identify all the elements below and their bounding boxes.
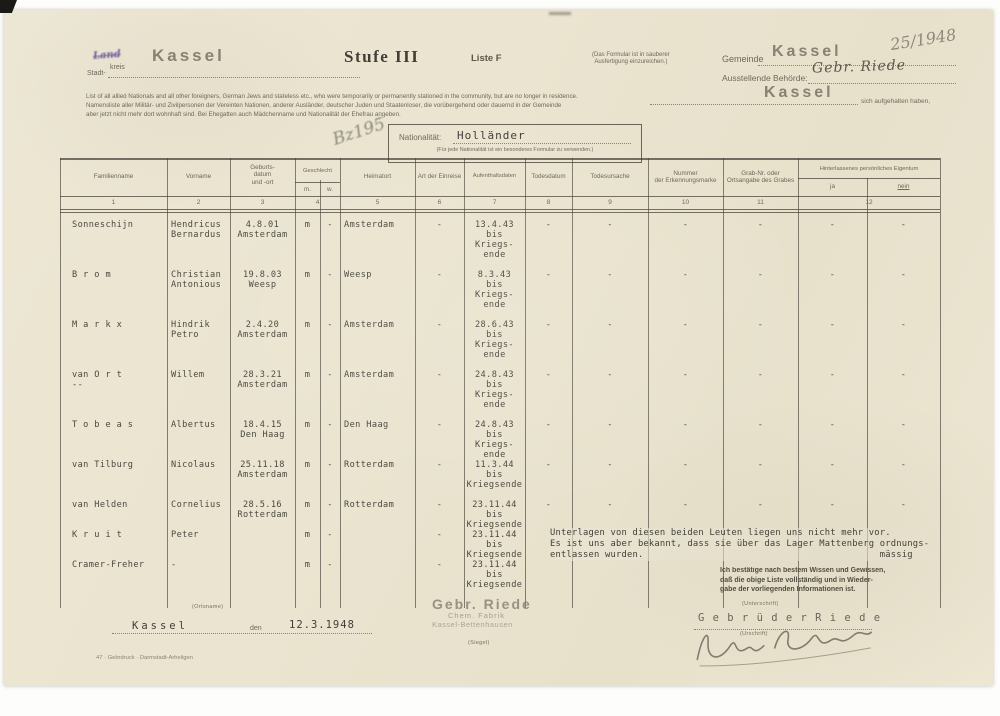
- cell-geschlecht-m: m: [295, 220, 320, 230]
- cell-vorname: Christian Antonious: [171, 270, 230, 290]
- cell-geschlecht-m: m: [295, 370, 320, 380]
- cell-geburt: 2.4.20 Amsterdam: [230, 320, 295, 340]
- cell-einreise: -: [415, 500, 464, 510]
- cell-geburt: 25.11.18 Amsterdam: [230, 460, 295, 480]
- cell-grab: -: [723, 420, 798, 430]
- col-number: 10: [648, 199, 723, 206]
- table-double-rule-2: [60, 212, 940, 213]
- cell-nummer: -: [648, 500, 723, 510]
- aufgehalten-label: sich aufgehalten haben,: [861, 98, 930, 105]
- cell-familienname: B r o m: [72, 270, 167, 280]
- cell-vorname: Albertus: [171, 420, 230, 430]
- cell-geschlecht-w: -: [320, 370, 340, 380]
- cell-heimatort: Weesp: [344, 270, 415, 280]
- col-number: 9: [572, 199, 648, 206]
- table-vline: [320, 180, 321, 608]
- form-title: Stufe III: [344, 47, 419, 67]
- gemeinde-kassel-stamp2: Kassel: [764, 84, 834, 102]
- cell-heimatort: Amsterdam: [344, 220, 415, 230]
- cell-todesdatum: -: [525, 370, 572, 380]
- cell-todesdatum: -: [525, 270, 572, 280]
- col-header-vorname: Vorname: [167, 173, 230, 180]
- cell-geschlecht-m: m: [295, 270, 320, 280]
- cell-einreise: -: [415, 270, 464, 280]
- col-number: 8: [525, 199, 572, 206]
- kreis-kassel-stamp: Kassel: [152, 46, 225, 66]
- eigentum-sub-rule: [798, 178, 940, 179]
- cell-geschlecht-w: -: [320, 460, 340, 470]
- cell-vorname: Peter: [171, 530, 230, 540]
- col-header-heimatort: Heimatort: [340, 173, 415, 180]
- cell-todesursache: -: [572, 320, 648, 330]
- cell-eigentum-ja: -: [798, 220, 867, 230]
- col-header-nummer: Nummer der Erkennungsmarke: [648, 170, 723, 185]
- col-number: 11: [723, 199, 798, 206]
- col-header-familienname: Familienname: [60, 173, 167, 180]
- cell-aufenthalt: 23.11.44 bis Kriegsende: [464, 560, 525, 590]
- cell-eigentum-nein: -: [867, 420, 940, 430]
- cell-geschlecht-m: m: [295, 460, 320, 470]
- behoerde-label: Ausstellende Behörde:: [722, 73, 808, 83]
- date-dotted-line: [112, 632, 372, 634]
- cell-geschlecht-m: m: [295, 560, 320, 570]
- date-value: 12.3.1948: [289, 619, 355, 631]
- cell-familienname: K r u i t: [72, 530, 167, 540]
- cell-eigentum-nein: -: [867, 220, 940, 230]
- col-header-geschlecht: Geschlecht: [295, 168, 340, 175]
- ort-value: Kassel: [132, 620, 188, 632]
- col-number: 2: [167, 199, 230, 206]
- stadt-prefix-label: Stadt-: [87, 70, 106, 77]
- cell-nummer: -: [648, 460, 723, 470]
- company-stamp-line1: Gebr. Riede: [432, 596, 532, 612]
- cell-einreise: -: [415, 320, 464, 330]
- col-header-m: m.: [295, 186, 320, 193]
- cell-einreise: -: [415, 220, 464, 230]
- cell-eigentum-nein: -: [867, 460, 940, 470]
- cell-eigentum-ja: -: [798, 320, 867, 330]
- geschlecht-sub-rule: [295, 182, 340, 183]
- gemeinde-label: Gemeinde: [722, 54, 764, 64]
- cell-todesdatum: -: [525, 460, 572, 470]
- ortsname-label: (Ortsname): [192, 604, 223, 610]
- cell-geschlecht-m: m: [295, 320, 320, 330]
- cell-todesursache: -: [572, 370, 648, 380]
- cell-eigentum-nein: -: [867, 270, 940, 280]
- cell-vorname: -: [171, 560, 230, 570]
- col-number: 3: [230, 199, 295, 206]
- table-vline: [167, 158, 168, 608]
- cell-familienname: Cramer-Freher: [72, 560, 167, 570]
- col-header-einreise: Art der Einreise: [415, 173, 464, 180]
- intro-english: List of all allied Nationals and all oth…: [86, 93, 646, 100]
- cell-heimatort: Rotterdam: [344, 460, 415, 470]
- cell-grab: -: [723, 500, 798, 510]
- col-header-nein: nein: [867, 183, 940, 190]
- siegel-label: (Siegel): [468, 640, 490, 646]
- cell-heimatort: Amsterdam: [344, 320, 415, 330]
- cell-aufenthalt: 28.6.43 bis Kriegs- ende: [464, 320, 525, 360]
- cell-geburt: 4.8.01 Amsterdam: [230, 220, 295, 240]
- col-number: 1: [60, 199, 167, 206]
- table-top-rule: [60, 158, 940, 160]
- cell-einreise: -: [415, 560, 464, 570]
- cell-aufenthalt: 23.11.44 bis Kriegsende: [464, 500, 525, 530]
- cell-eigentum-ja: -: [798, 460, 867, 470]
- cell-todesursache: -: [572, 420, 648, 430]
- cell-nummer: -: [648, 420, 723, 430]
- cell-vorname: Hendricus Bernardus: [171, 220, 230, 240]
- cell-grab: -: [723, 370, 798, 380]
- cell-todesursache: -: [572, 460, 648, 470]
- cell-familienname: Sonneschijn: [72, 220, 167, 230]
- liste-label: Liste F: [471, 53, 502, 64]
- cell-geburt: 19.8.03 Weesp: [230, 270, 295, 290]
- cell-aufenthalt: 23.11.44 bis Kriegsende: [464, 530, 525, 560]
- cell-einreise: -: [415, 530, 464, 540]
- col-number: 6: [415, 199, 464, 206]
- cell-grab: -: [723, 320, 798, 330]
- cell-geschlecht-m: m: [295, 500, 320, 510]
- nationality-dotted-line: [453, 142, 631, 144]
- cell-todesdatum: -: [525, 320, 572, 330]
- cell-heimatort: Amsterdam: [344, 370, 415, 380]
- land-scribble: Land: [93, 49, 121, 62]
- cell-geburt: 28.5.16 Rotterdam: [230, 500, 295, 520]
- cell-eigentum-ja: -: [798, 270, 867, 280]
- col-number: 5: [340, 199, 415, 206]
- cell-geburt: 28.3.21 Amsterdam: [230, 370, 295, 390]
- cell-einreise: -: [415, 370, 464, 380]
- col-header-w: w.: [320, 186, 340, 193]
- cell-eigentum-nein: -: [867, 500, 940, 510]
- cell-geschlecht-w: -: [320, 320, 340, 330]
- intro-german-2: aber jetzt nicht mehr dort wohnhaft sind…: [86, 111, 646, 118]
- col-number: 7: [464, 199, 525, 206]
- col-header-todesursache: Todesursache: [572, 173, 648, 180]
- cell-familienname: van Helden: [72, 500, 167, 510]
- cell-nummer: -: [648, 220, 723, 230]
- cell-eigentum-ja: -: [798, 370, 867, 380]
- cell-einreise: -: [415, 420, 464, 430]
- company-stamp-line2: Chem. Fabrik: [448, 611, 505, 620]
- col-number: 4: [295, 199, 340, 206]
- cell-geschlecht-w: -: [320, 220, 340, 230]
- gemeinde-kassel-stamp: Kassel: [772, 43, 842, 61]
- cell-grab: -: [723, 270, 798, 280]
- cell-familienname: van Tilburg: [72, 460, 167, 470]
- form-note: (Das Formular ist in sauberer Ausfertigu…: [592, 52, 670, 66]
- cell-vorname: Nicolaus: [171, 460, 230, 470]
- cell-grab: -: [723, 460, 798, 470]
- cell-todesursache: -: [572, 500, 648, 510]
- cell-aufenthalt: 11.3.44 bis Kriegsende: [464, 460, 525, 490]
- intro-german-1: Namensliste aller Militär- und Zivilpers…: [86, 102, 646, 109]
- cell-heimatort: Den Haag: [344, 420, 415, 430]
- den-label: den: [250, 625, 262, 632]
- col-header-grab: Grab-Nr. oder Ortsangabe des Grabes: [723, 170, 798, 185]
- nationality-value: Holländer: [457, 129, 526, 142]
- nationality-label: Nationalität:: [399, 133, 441, 142]
- cell-todesursache: -: [572, 220, 648, 230]
- unterschrift-label: (Unterschrift): [742, 601, 779, 607]
- col-header-eigentum: Hinterlassenes persönliches Eigentum: [798, 166, 940, 173]
- cell-todesdatum: -: [525, 220, 572, 230]
- cell-aufenthalt: 8.3.43 bis Kriegs- ende: [464, 270, 525, 310]
- scanned-document: Land Stadt- kreis Kassel Stufe III Liste…: [0, 0, 1000, 716]
- behoerde-handwritten: Gebr. Riede: [812, 57, 907, 76]
- cell-vorname: Hindrik Petro: [171, 320, 230, 340]
- cell-grab: -: [723, 220, 798, 230]
- certify-text: Ich bestätige nach bestem Wissen und Gew…: [720, 566, 920, 595]
- table-double-rule-1: [60, 209, 940, 210]
- cell-eigentum-nein: -: [867, 320, 940, 330]
- cell-heimatort: Rotterdam: [344, 500, 415, 510]
- col-header-ja: ja: [798, 183, 867, 190]
- cell-eigentum-nein: -: [867, 370, 940, 380]
- cell-geschlecht-w: -: [320, 560, 340, 570]
- cell-familienname: M a r k x: [72, 320, 167, 330]
- remark-annotation: Unterlagen von diesen beiden Leuten lieg…: [550, 528, 929, 561]
- cell-nummer: -: [648, 270, 723, 280]
- cell-aufenthalt: 24.8.43 bis Kriegs- ende: [464, 370, 525, 410]
- kreis-dotted-line: [108, 76, 360, 78]
- cell-todesursache: -: [572, 270, 648, 280]
- cell-familienname: van O r t --: [72, 370, 167, 390]
- cell-vorname: Cornelius: [171, 500, 230, 510]
- cell-geschlecht-w: -: [320, 500, 340, 510]
- col-number: 12: [798, 199, 940, 206]
- cell-nummer: -: [648, 320, 723, 330]
- printer-note: 47 · Gebrdruck · Darmstadt-Arheilgen: [96, 655, 193, 661]
- cell-geburt: 18.4.15 Den Haag: [230, 420, 295, 440]
- col-header-aufenthalt: Aufenthaltsdaten: [464, 173, 525, 180]
- cell-aufenthalt: 13.4.43 bis Kriegs- ende: [464, 220, 525, 260]
- cell-todesdatum: -: [525, 420, 572, 430]
- cell-familienname: T o b e a s: [72, 420, 167, 430]
- col-header-geburt: Geburts- datum und -ort: [230, 164, 295, 186]
- table-vline: [60, 158, 61, 608]
- cell-todesdatum: -: [525, 500, 572, 510]
- scan-smudge: [549, 12, 571, 15]
- nationality-note: (Für jede Nationalität ist ein besondere…: [395, 147, 635, 153]
- cell-vorname: Willem: [171, 370, 230, 380]
- cell-nummer: -: [648, 370, 723, 380]
- table-vline: [340, 158, 341, 608]
- cell-eigentum-ja: -: [798, 500, 867, 510]
- company-stamp-line3: Kassel-Bettenhausen: [432, 620, 513, 629]
- cell-geschlecht-w: -: [320, 530, 340, 540]
- cell-aufenthalt: 24.8.43 bis Kriegs- ende: [464, 420, 525, 460]
- aufgehalten-dotted-line: [650, 103, 858, 105]
- cell-einreise: -: [415, 460, 464, 470]
- cell-geschlecht-w: -: [320, 420, 340, 430]
- table-header-rule: [60, 196, 940, 197]
- kreis-suffix-label: kreis: [110, 64, 125, 71]
- cell-geschlecht-m: m: [295, 420, 320, 430]
- cell-eigentum-ja: -: [798, 420, 867, 430]
- table-vline: [940, 158, 941, 608]
- cell-geschlecht-m: m: [295, 530, 320, 540]
- col-header-todesdatum: Todesdatum: [525, 173, 572, 180]
- cell-geschlecht-w: -: [320, 270, 340, 280]
